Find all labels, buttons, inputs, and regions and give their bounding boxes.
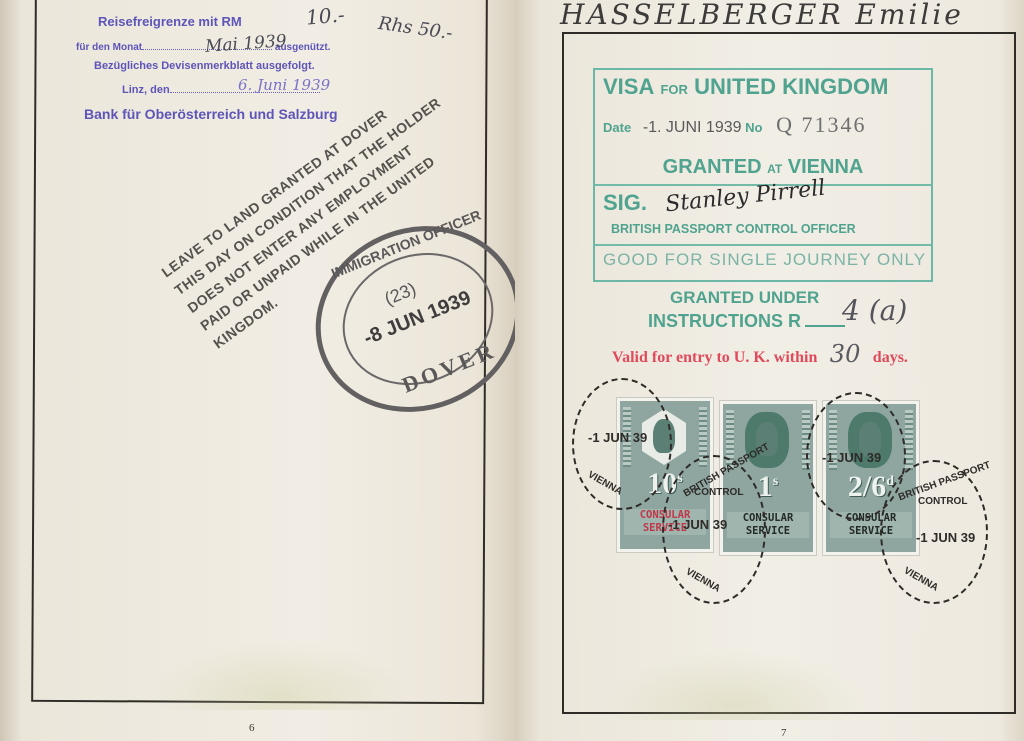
page-number: 6 <box>249 722 255 734</box>
cancellation-postmark: BRITISH PASSPORT CONTROL -1 JUN 39 VIENN… <box>662 455 766 604</box>
instructions-label: INSTRUCTIONS R <box>648 311 801 331</box>
cancellation-postmark: -1 JUN 39 VIENNA <box>572 378 672 510</box>
granted-under-line1: GRANTED UNDER <box>670 288 819 308</box>
visa-for: FOR <box>660 82 687 97</box>
valid-entry-line: Valid for entry to U. K. within 30 days. <box>612 340 908 368</box>
cancellation-postmark: BRITISH PASSPORT CONTROL -1 JUN 39 VIENN… <box>880 460 988 604</box>
water-stain <box>150 640 410 710</box>
holder-name: HASSELBERGER Emilie <box>560 0 964 31</box>
granted-label: GRANTED <box>663 156 762 178</box>
instructions-reference: 4 (a) <box>842 294 907 327</box>
validity-text: GOOD FOR SINGLE JOURNEY ONLY <box>603 250 931 270</box>
granted-city: VIENNA <box>788 156 864 178</box>
visa-date: -1. JUNI 1939 <box>643 119 742 136</box>
officer-title: BRITISH PASSPORT CONTROL OFFICER <box>611 222 931 236</box>
valid-prefix: Valid for entry to U. K. within <box>612 349 817 366</box>
water-stain <box>605 650 865 720</box>
date-label: Linz, den <box>122 84 170 96</box>
visa-number: Q 71346 <box>776 112 866 137</box>
month-label: für den Monat <box>76 42 142 53</box>
no-label: No <box>745 120 762 135</box>
visa-date-row: Date -1. JUNI 1939 No Q 71346 <box>603 112 931 138</box>
valid-days: 30 <box>830 340 861 368</box>
currency-stamp-title: Reisefreigrenze mit RM <box>98 14 242 29</box>
valid-suffix: days. <box>873 349 908 366</box>
page-number: 7 <box>781 727 787 739</box>
visa-granted-row: GRANTED AT VIENNA <box>595 156 931 179</box>
date-label: Date <box>603 120 631 135</box>
passport-page-left: Reisefreigrenze mit RM für den Monat aus… <box>0 0 515 741</box>
divider <box>595 244 931 246</box>
granted-at: AT <box>767 162 782 176</box>
visa-country: UNITED KINGDOM <box>694 74 888 99</box>
uk-visa-stamp: VISA FOR UNITED KINGDOM Date -1. JUNI 19… <box>593 68 933 282</box>
visa-label: VISA <box>603 74 654 99</box>
visa-title: VISA FOR UNITED KINGDOM <box>603 74 931 100</box>
granted-under-line2: INSTRUCTIONS R <box>648 311 845 332</box>
